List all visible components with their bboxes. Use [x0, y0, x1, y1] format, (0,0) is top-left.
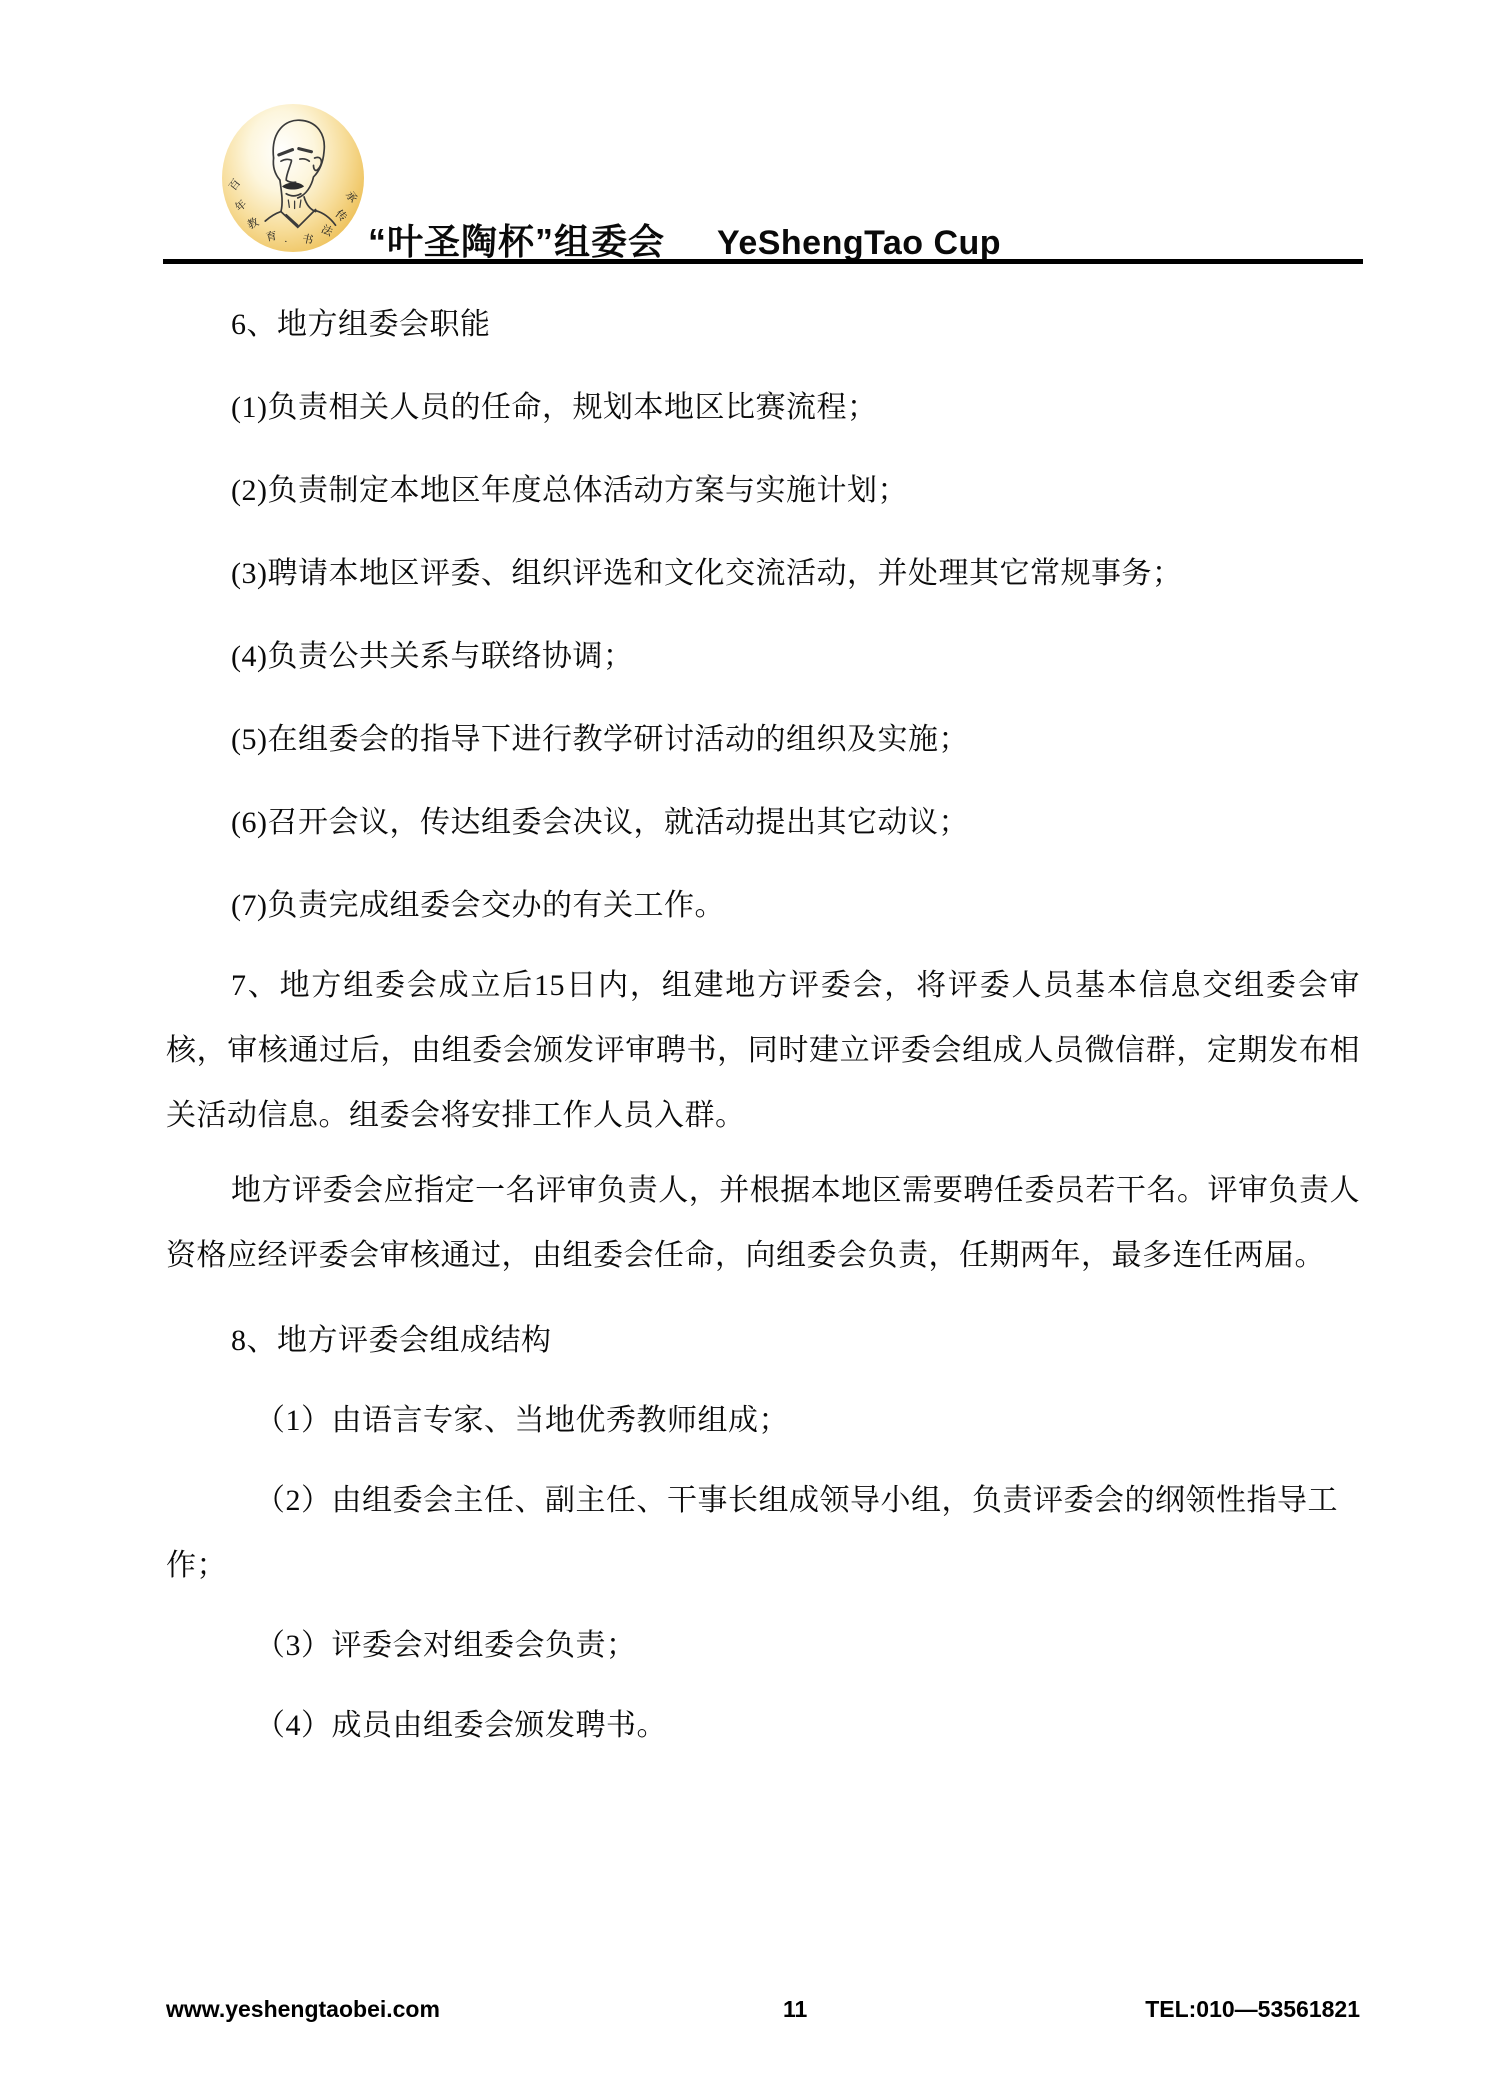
footer-telephone: TEL:010—53561821 [1145, 1996, 1360, 2023]
yeshengtao-cup-logo: 百 年 教 育 · 书 法 传 承 [222, 104, 364, 252]
logo-arc-char: · [284, 237, 288, 248]
list-item: （4）成员由组委会颁发聘书。 [166, 1693, 1360, 1758]
logo-arc-char: 育 [265, 231, 278, 244]
header-divider [163, 259, 1363, 264]
list-item: （1）由语言专家、当地优秀教师组成； [166, 1388, 1360, 1453]
list-item: (4)负责公共关系与联络协调； [166, 624, 1360, 689]
list-item: (6)召开会议，传达组委会决议，就活动提出其它动议； [166, 790, 1360, 855]
section-6-heading: 6、地方组委会职能 [166, 292, 1360, 357]
document-body: 6、地方组委会职能 (1)负责相关人员的任命，规划本地区比赛流程； (2)负责制… [0, 292, 1485, 1773]
paragraph-7: 7、地方组委会成立后15日内，组建地方评委会，将评委人员基本信息交组委会审核，审… [166, 953, 1360, 1148]
list-item: (1)负责相关人员的任命，规划本地区比赛流程； [166, 375, 1360, 440]
header-titles: “叶圣陶杯”组委会 YeShengTao Cup [368, 214, 1001, 265]
committee-title-cn: “叶圣陶杯”组委会 [368, 214, 665, 265]
page-footer: www.yeshengtaobei.com 11 TEL:010—5356182… [166, 1996, 1360, 2030]
paragraph-reviewers: 地方评委会应指定一名评审负责人，并根据本地区需要聘任委员若干名。评审负责人资格应… [166, 1158, 1360, 1288]
list-item: (5)在组委会的指导下进行教学研讨活动的组织及实施； [166, 707, 1360, 772]
committee-title-en: YeShengTao Cup [717, 224, 1001, 263]
list-item: (3)聘请本地区评委、组织评选和文化交流活动，并处理其它常规事务； [166, 541, 1360, 606]
list-item: (7)负责完成组委会交办的有关工作。 [166, 873, 1360, 938]
list-item: （2）由组委会主任、副主任、干事长组成领导小组，负责评委会的纲领性指导工作； [166, 1468, 1360, 1598]
list-item: (2)负责制定本地区年度总体活动方案与实施计划； [166, 458, 1360, 523]
page-number: 11 [783, 1996, 807, 2023]
logo-arc-char: 承 [343, 190, 358, 205]
section-8-heading: 8、地方评委会组成结构 [166, 1308, 1360, 1373]
logo-arc-char: 书 [301, 234, 314, 247]
footer-website: www.yeshengtaobei.com [166, 1996, 440, 2023]
list-item: （3）评委会对组委会负责； [166, 1613, 1360, 1678]
document-page: 百 年 教 育 · 书 法 传 承 “叶圣陶杯”组委会 YeShengTao C… [0, 0, 1485, 2100]
